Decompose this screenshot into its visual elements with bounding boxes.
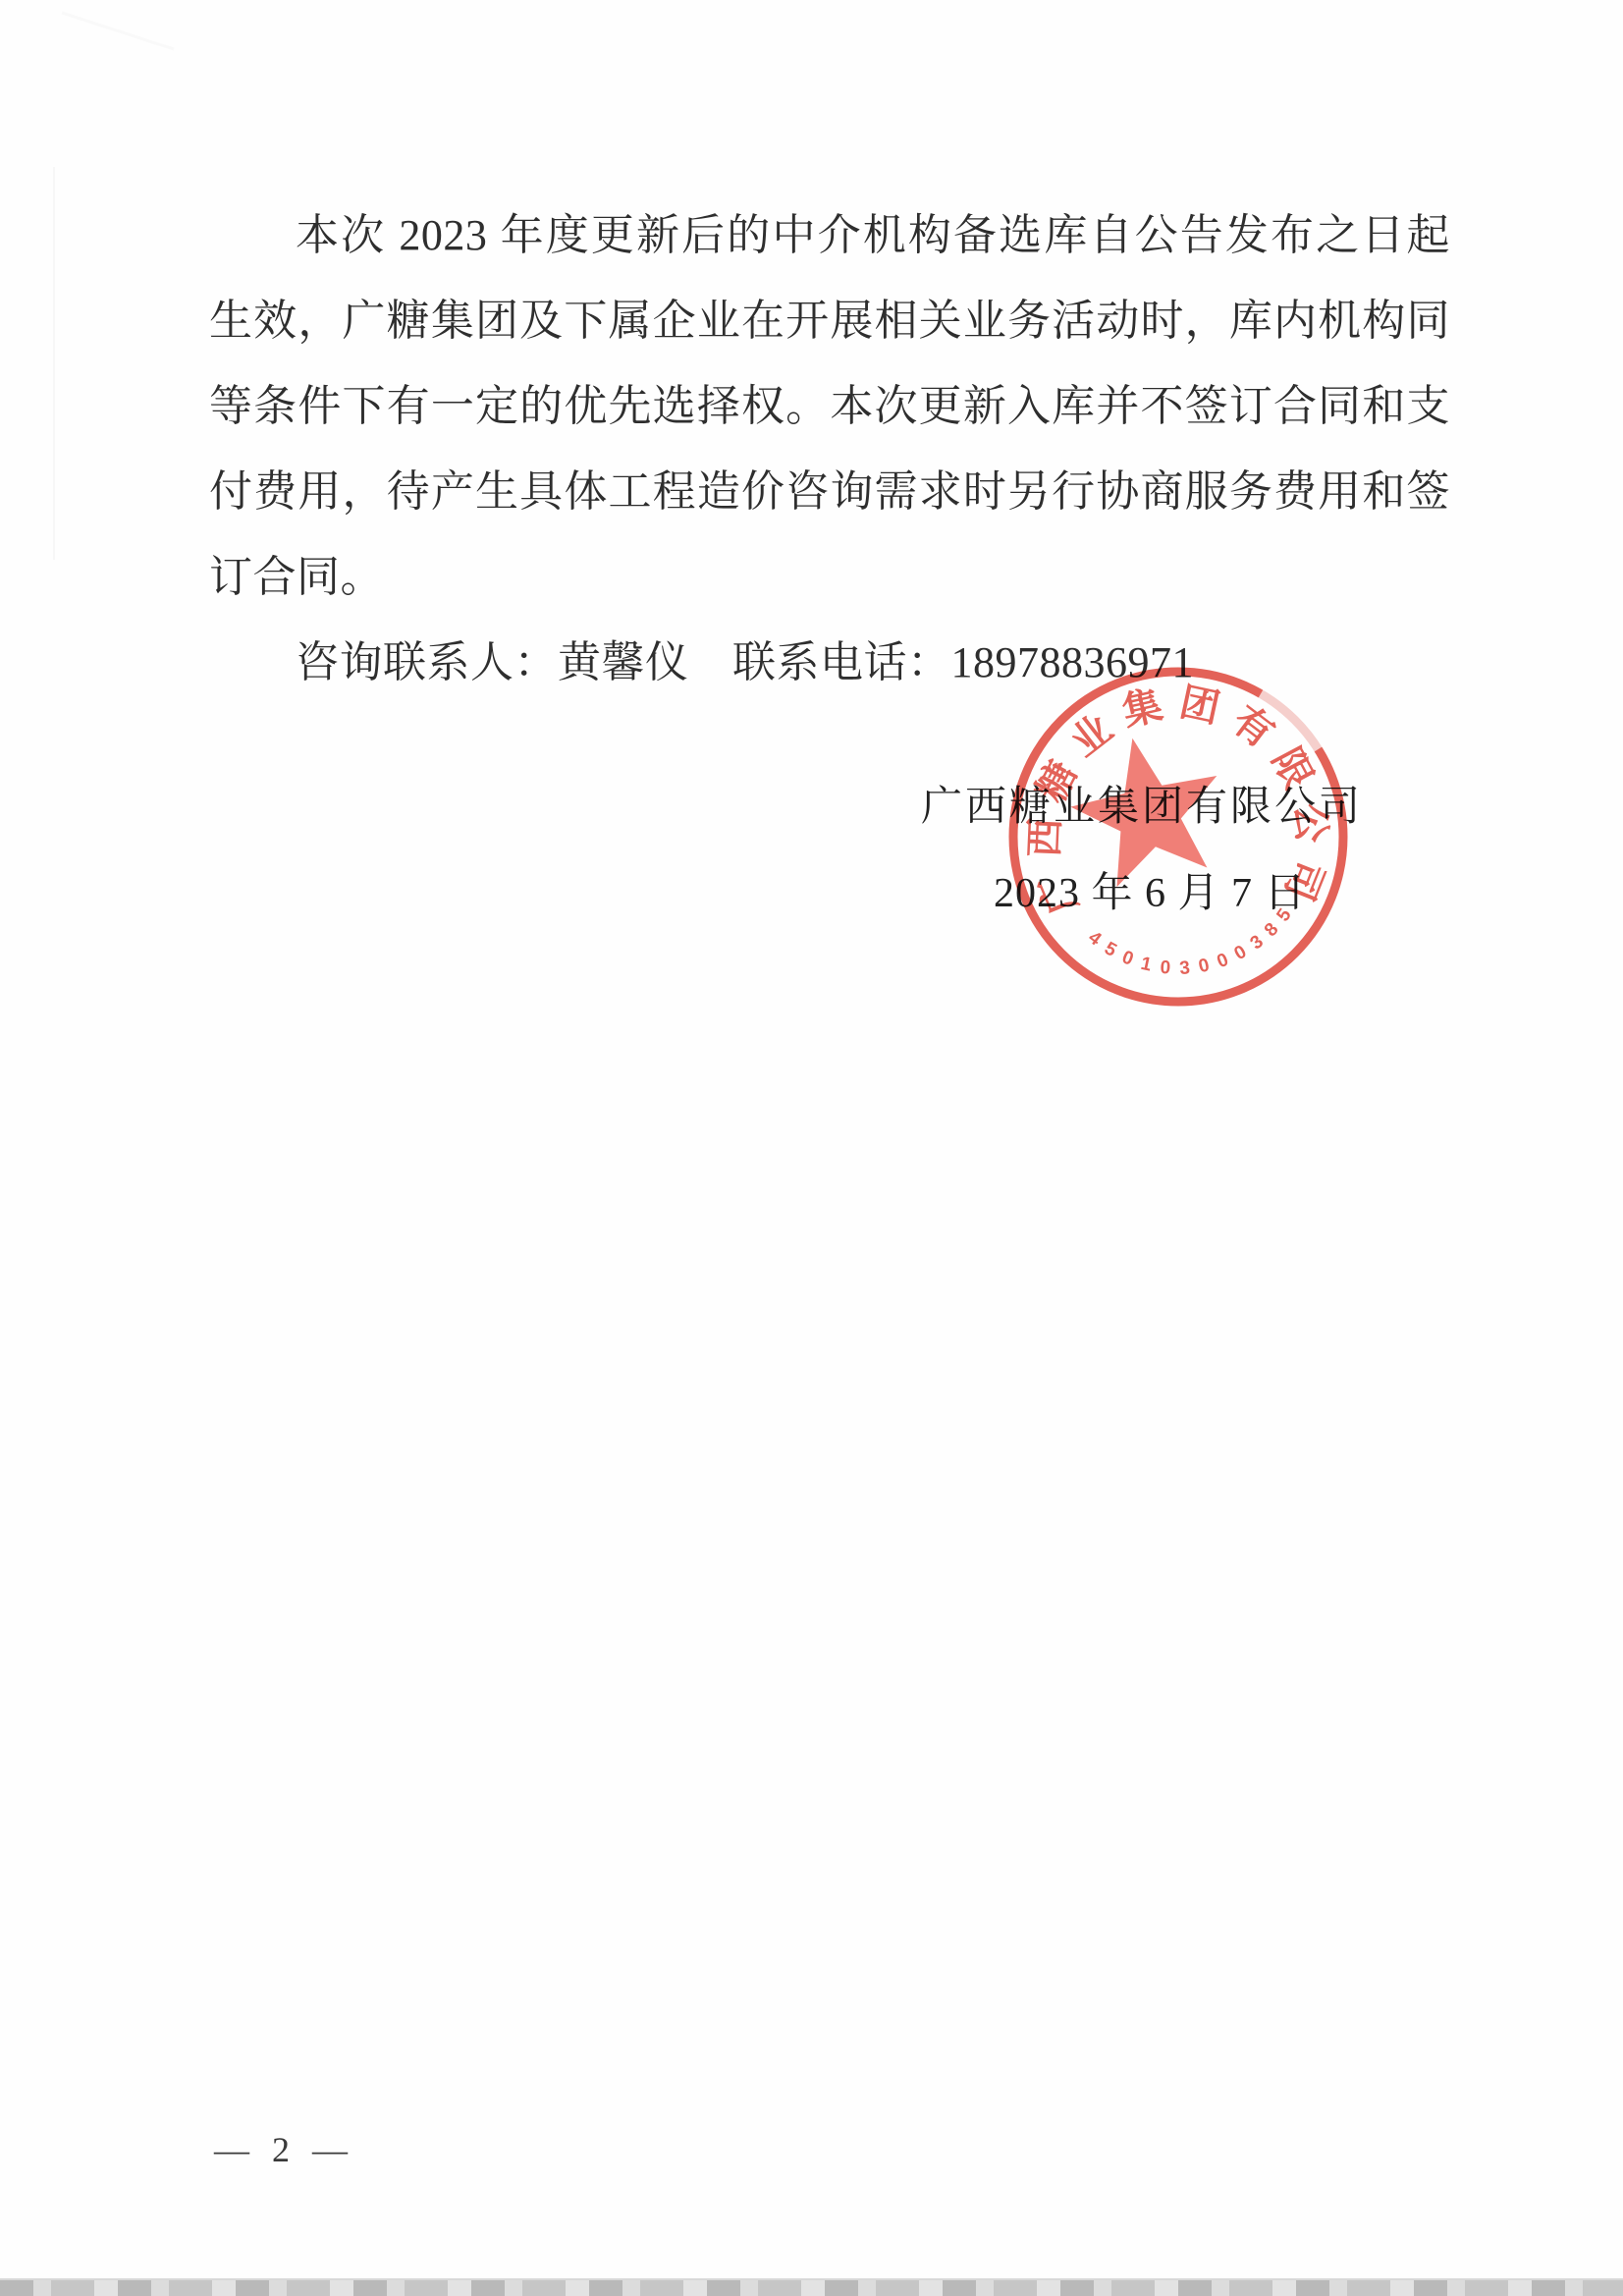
page-number: — 2 —: [214, 2129, 354, 2170]
scan-streak-vertical: [53, 167, 55, 560]
scan-edge-artifact: [0, 2278, 1623, 2296]
paragraph-line: 等条件下有一定的优先选择权。本次更新入库并不签订合同和支: [209, 363, 1450, 449]
paragraph-line: 本次 2023 年度更新后的中介机构备选库自公告发布之日起: [209, 192, 1450, 278]
document-page: 本次 2023 年度更新后的中介机构备选库自公告发布之日起 生效，广糖集团及下属…: [0, 0, 1623, 2296]
paragraph-line: 订合同。: [209, 534, 1450, 620]
body-paragraph: 本次 2023 年度更新后的中介机构备选库自公告发布之日起 生效，广糖集团及下属…: [209, 192, 1450, 705]
company-seal: 广西糖业集团有限公司 4501030003859: [1001, 660, 1355, 1013]
paragraph-line: 付费用，待产生具体工程造价咨询需求时另行协商服务费用和签: [209, 449, 1450, 534]
scan-streak-diagonal: [61, 12, 174, 51]
paragraph-line: 生效，广糖集团及下属企业在开展相关业务活动时，库内机构同: [209, 278, 1450, 363]
